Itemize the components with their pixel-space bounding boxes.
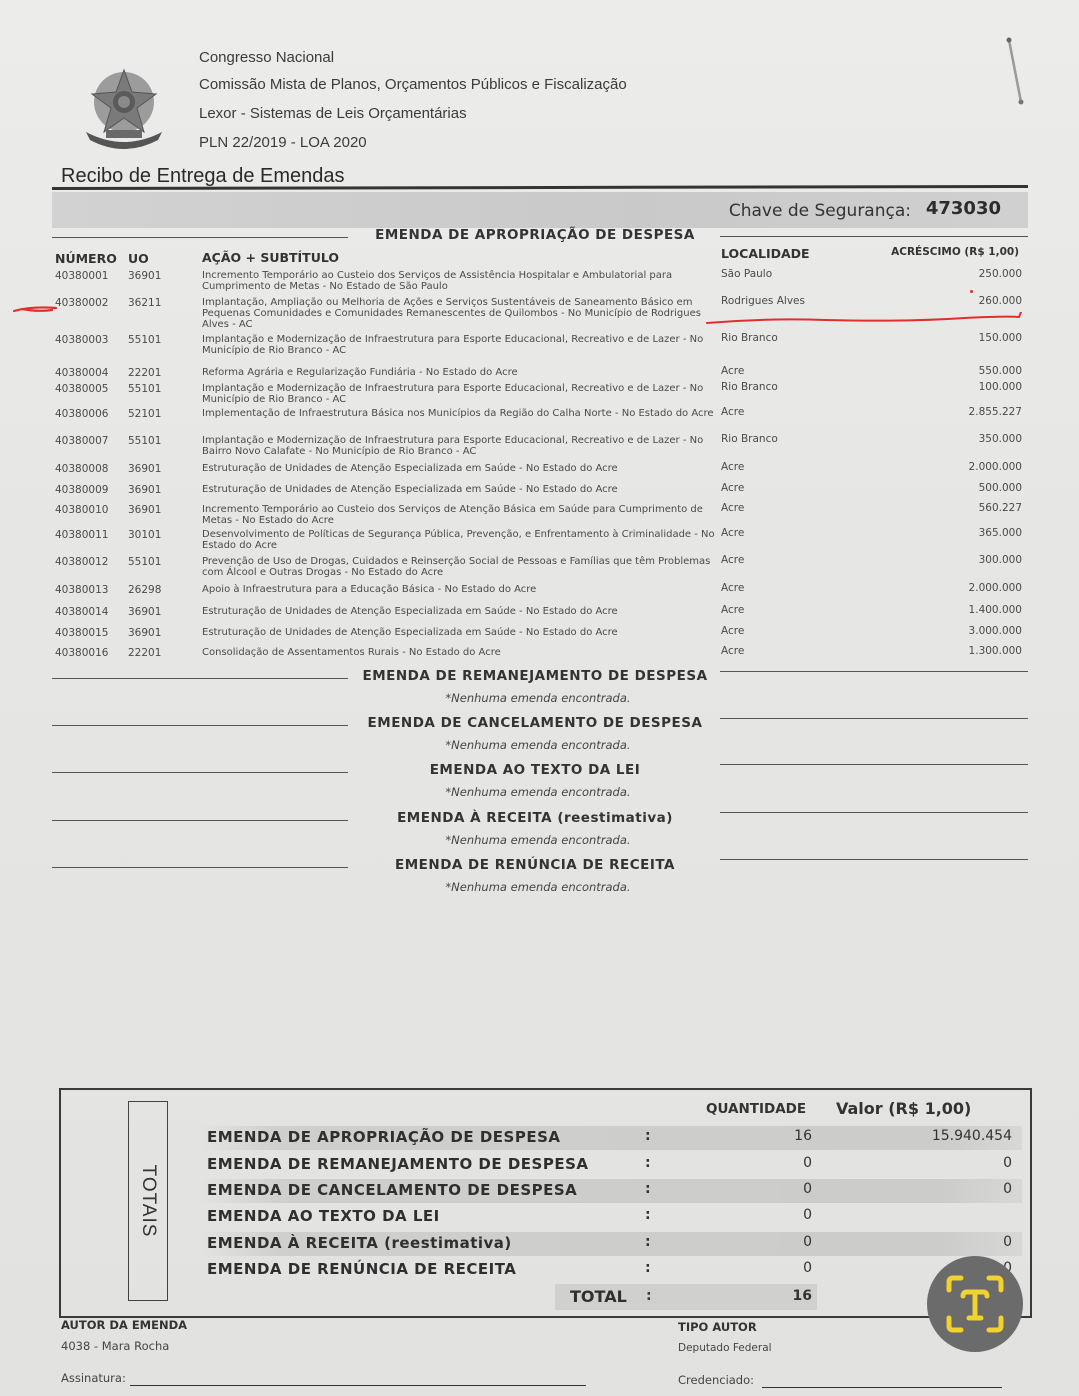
row-amount: 500.000 xyxy=(979,482,1022,494)
security-key-value: 473030 xyxy=(926,198,1001,219)
brazil-coat-of-arms-icon xyxy=(78,62,170,154)
row-number: 40380009 xyxy=(55,484,108,496)
totals-row-quantity: 0 xyxy=(803,1181,812,1197)
live-text-button[interactable] xyxy=(927,1256,1023,1352)
row-number: 40380007 xyxy=(55,435,108,447)
row-locality: Rio Branco xyxy=(721,381,778,393)
row-number: 40380001 xyxy=(55,270,108,282)
col-header-acrescimo: ACRÉSCIMO (R$ 1,00) xyxy=(891,246,1019,258)
row-amount: 2.000.000 xyxy=(969,582,1022,594)
section-rule-left xyxy=(52,867,348,868)
header-system: Lexor - Sistemas de Leis Orçamentárias xyxy=(199,105,467,122)
row-amount: 260.000 xyxy=(979,295,1022,307)
section-title: EMENDA À RECEITA (reestimativa) xyxy=(360,810,710,826)
row-locality: Acre xyxy=(721,502,744,514)
empty-message: *Nenhuma emenda encontrada. xyxy=(388,691,688,705)
header-bill: PLN 22/2019 - LOA 2020 xyxy=(199,134,367,151)
empty-message: *Nenhuma emenda encontrada. xyxy=(388,785,688,799)
section-rule-left xyxy=(52,237,348,238)
red-pen-mark xyxy=(12,304,58,314)
row-uo: 36901 xyxy=(128,504,161,516)
row-action: Implantação e Modernização de Infraestru… xyxy=(202,435,717,457)
row-action: Desenvolvimento de Políticas de Seguranç… xyxy=(202,529,717,551)
row-uo: 36901 xyxy=(128,627,161,639)
totals-row-label: EMENDA DE RENÚNCIA DE RECEITA xyxy=(207,1260,516,1278)
author-value: 4038 - Mara Rocha xyxy=(61,1339,169,1353)
row-amount: 1.300.000 xyxy=(969,645,1022,657)
totals-row-value: 0 xyxy=(1003,1234,1012,1250)
row-amount: 1.400.000 xyxy=(969,604,1022,616)
row-action: Implementação de Infraestrutura Básica n… xyxy=(202,408,717,419)
section-rule-right xyxy=(720,671,1028,672)
row-locality: São Paulo xyxy=(721,268,772,280)
document-title: Recibo de Entrega de Emendas xyxy=(61,165,345,188)
row-locality: Acre xyxy=(721,645,744,657)
row-number: 40380005 xyxy=(55,383,108,395)
totals-box xyxy=(59,1088,1032,1318)
row-amount: 100.000 xyxy=(979,381,1022,393)
row-uo: 36211 xyxy=(128,297,161,309)
row-number: 40380014 xyxy=(55,606,108,618)
total-colon: : xyxy=(646,1288,652,1304)
row-number: 40380002 xyxy=(55,297,108,309)
totals-row-colon: : xyxy=(645,1207,651,1223)
section-title-apropriacao: EMENDA DE APROPRIAÇÃO DE DESPESA xyxy=(360,227,710,243)
totals-row: EMENDA DE RENÚNCIA DE RECEITA:00 xyxy=(200,1258,1022,1282)
totals-row-quantity: 0 xyxy=(803,1234,812,1250)
empty-message: *Nenhuma emenda encontrada. xyxy=(388,833,688,847)
row-action: Implantação e Modernização de Infraestru… xyxy=(202,383,717,405)
author-label: AUTOR DA EMENDA xyxy=(61,1318,187,1332)
row-action: Incremento Temporário ao Custeio dos Ser… xyxy=(202,270,717,292)
row-uo: 55101 xyxy=(128,556,161,568)
section-rule-right xyxy=(720,764,1028,765)
row-uo: 30101 xyxy=(128,529,161,541)
totals-quantity-header: QUANTIDADE xyxy=(706,1101,806,1117)
row-amount: 2.855.227 xyxy=(969,406,1022,418)
empty-message: *Nenhuma emenda encontrada. xyxy=(388,738,688,752)
row-action: Consolidação de Assentamentos Rurais - N… xyxy=(202,647,717,658)
row-uo: 22201 xyxy=(128,647,161,659)
totals-row-colon: : xyxy=(645,1181,651,1197)
row-uo: 26298 xyxy=(128,584,161,596)
section-rule-left xyxy=(52,678,348,679)
row-locality: Acre xyxy=(721,625,744,637)
red-pen-dot xyxy=(970,290,973,293)
row-number: 40380011 xyxy=(55,529,108,541)
signature-label: Assinatura: xyxy=(61,1371,126,1385)
row-uo: 36901 xyxy=(128,606,161,618)
row-action: Prevenção de Uso de Drogas, Cuidados e R… xyxy=(202,556,717,578)
accredited-label: Credenciado: xyxy=(678,1373,754,1387)
col-header-acao: AÇÃO + SUBTÍTULO xyxy=(202,250,339,265)
section-rule-left xyxy=(52,820,348,821)
section-rule-right xyxy=(720,812,1028,813)
section-rule-right xyxy=(720,718,1028,719)
empty-message: *Nenhuma emenda encontrada. xyxy=(388,880,688,894)
row-action: Estruturação de Unidades de Atenção Espe… xyxy=(202,606,717,617)
totals-row-label: EMENDA DE APROPRIAÇÃO DE DESPESA xyxy=(207,1128,560,1146)
totals-side-label-box: TOTAIS xyxy=(128,1101,168,1301)
totals-row-label: EMENDA DE CANCELAMENTO DE DESPESA xyxy=(207,1181,577,1199)
col-header-uo: UO xyxy=(128,251,149,266)
row-action: Apoio à Infraestrutura para a Educação B… xyxy=(202,584,717,595)
row-number: 40380010 xyxy=(55,504,108,516)
row-amount: 2.000.000 xyxy=(969,461,1022,473)
header-congress: Congresso Nacional xyxy=(199,49,334,66)
section-title: EMENDA DE RENÚNCIA DE RECEITA xyxy=(360,857,710,873)
totals-row-colon: : xyxy=(645,1260,651,1276)
totals-row: EMENDA DE REMANEJAMENTO DE DESPESA:00 xyxy=(200,1153,1022,1177)
row-locality: Rodrigues Alves xyxy=(721,295,805,307)
row-locality: Rio Branco xyxy=(721,332,778,344)
row-action: Estruturação de Unidades de Atenção Espe… xyxy=(202,463,717,474)
row-locality: Rio Branco xyxy=(721,433,778,445)
red-pen-underline xyxy=(705,312,1025,328)
totals-row: EMENDA À RECEITA (reestimativa):00 xyxy=(200,1232,1022,1256)
row-locality: Acre xyxy=(721,582,744,594)
row-locality: Acre xyxy=(721,527,744,539)
row-number: 40380003 xyxy=(55,334,108,346)
row-action: Incremento Temporário ao Custeio dos Ser… xyxy=(202,504,717,526)
accredited-line[interactable] xyxy=(762,1387,1002,1388)
totals-row-label: EMENDA À RECEITA (reestimativa) xyxy=(207,1234,512,1252)
row-locality: Acre xyxy=(721,482,744,494)
row-uo: 52101 xyxy=(128,408,161,420)
section-title: EMENDA DE CANCELAMENTO DE DESPESA xyxy=(360,715,710,731)
totals-row-quantity: 0 xyxy=(803,1207,812,1223)
totals-row-quantity: 16 xyxy=(794,1128,812,1144)
col-header-numero: NÚMERO xyxy=(55,251,117,266)
col-header-localidade: LOCALIDADE xyxy=(721,246,810,261)
title-rule xyxy=(52,185,1028,190)
row-amount: 250.000 xyxy=(979,268,1022,280)
totals-row-colon: : xyxy=(645,1155,651,1171)
row-uo: 36901 xyxy=(128,484,161,496)
author-type-label: TIPO AUTOR xyxy=(678,1320,757,1334)
row-action: Implantação, Ampliação ou Melhoria de Aç… xyxy=(202,297,717,330)
row-action: Estruturação de Unidades de Atenção Espe… xyxy=(202,627,717,638)
row-locality: Acre xyxy=(721,461,744,473)
section-rule-right xyxy=(720,236,1028,237)
row-number: 40380004 xyxy=(55,367,108,379)
row-number: 40380006 xyxy=(55,408,108,420)
totals-row-colon: : xyxy=(645,1128,651,1144)
row-number: 40380015 xyxy=(55,627,108,639)
totals-side-label: TOTAIS xyxy=(137,1165,159,1238)
row-uo: 55101 xyxy=(128,383,161,395)
totals-value-header: Valor (R$ 1,00) xyxy=(836,1099,971,1118)
signature-line[interactable] xyxy=(130,1385,586,1386)
totals-row-label: EMENDA AO TEXTO DA LEI xyxy=(207,1207,440,1225)
section-rule-left xyxy=(52,725,348,726)
section-title: EMENDA DE REMANEJAMENTO DE DESPESA xyxy=(360,668,710,684)
row-uo: 36901 xyxy=(128,270,161,282)
row-number: 40380013 xyxy=(55,584,108,596)
row-locality: Acre xyxy=(721,406,744,418)
totals-row: EMENDA AO TEXTO DA LEI:0 xyxy=(200,1205,1022,1229)
total-quantity: 16 xyxy=(793,1288,812,1304)
totals-row-quantity: 0 xyxy=(803,1155,812,1171)
row-amount: 300.000 xyxy=(979,554,1022,566)
section-rule-right xyxy=(720,859,1028,860)
row-uo: 55101 xyxy=(128,334,161,346)
total-label: TOTAL xyxy=(570,1287,627,1306)
row-action: Implantação e Modernização de Infraestru… xyxy=(202,334,717,356)
row-amount: 560.227 xyxy=(979,502,1022,514)
section-rule-left xyxy=(52,772,348,773)
row-uo: 22201 xyxy=(128,367,161,379)
row-uo: 36901 xyxy=(128,463,161,475)
live-text-icon xyxy=(927,1256,1023,1352)
row-locality: Acre xyxy=(721,365,744,377)
totals-row: EMENDA DE APROPRIAÇÃO DE DESPESA:1615.94… xyxy=(200,1126,1022,1150)
section-title: EMENDA AO TEXTO DA LEI xyxy=(360,762,710,778)
row-amount: 3.000.000 xyxy=(969,625,1022,637)
row-action: Reforma Agrária e Regularização Fundiári… xyxy=(202,367,717,378)
totals-row-colon: : xyxy=(645,1234,651,1250)
row-uo: 55101 xyxy=(128,435,161,447)
totals-row: EMENDA DE CANCELAMENTO DE DESPESA:00 xyxy=(200,1179,1022,1203)
totals-row-value: 15.940.454 xyxy=(932,1128,1012,1144)
totals-row-value: 0 xyxy=(1003,1181,1012,1197)
row-action: Estruturação de Unidades de Atenção Espe… xyxy=(202,484,717,495)
totals-row-label: EMENDA DE REMANEJAMENTO DE DESPESA xyxy=(207,1155,589,1173)
row-locality: Acre xyxy=(721,554,744,566)
totals-row-quantity: 0 xyxy=(803,1260,812,1276)
row-number: 40380008 xyxy=(55,463,108,475)
header-commission: Comissão Mista de Planos, Orçamentos Púb… xyxy=(199,76,627,93)
paperclip-icon xyxy=(1003,34,1031,106)
row-number: 40380016 xyxy=(55,647,108,659)
author-type-value: Deputado Federal xyxy=(678,1342,772,1354)
security-key-label: Chave de Segurança: xyxy=(729,201,911,221)
row-amount: 350.000 xyxy=(979,433,1022,445)
row-locality: Acre xyxy=(721,604,744,616)
row-number: 40380012 xyxy=(55,556,108,568)
totals-row-value: 0 xyxy=(1003,1155,1012,1171)
row-amount: 365.000 xyxy=(979,527,1022,539)
row-amount: 150.000 xyxy=(979,332,1022,344)
row-amount: 550.000 xyxy=(979,365,1022,377)
